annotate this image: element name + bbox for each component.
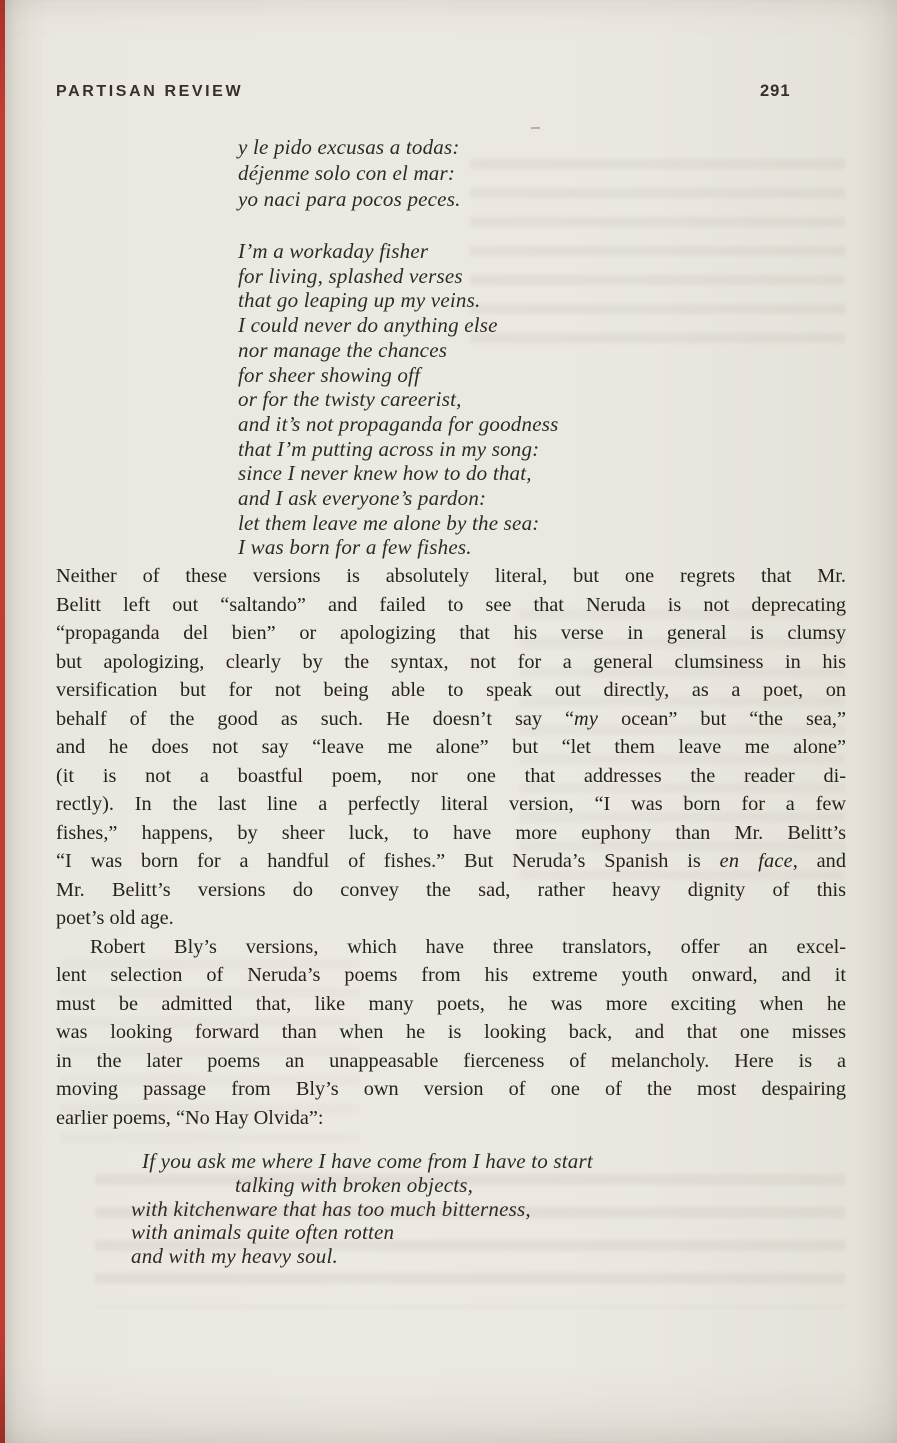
prose-line: and he does not say “leave me alone” but…: [56, 733, 846, 762]
poem-line: nor manage the chances: [238, 338, 558, 363]
scanned-page: PARTISAN REVIEW 291 y le pido excusas a …: [0, 0, 897, 1443]
prose-line: earlier poems, “No Hay Olvida”:: [56, 1104, 846, 1133]
poem-line: since I never knew how to do that,: [238, 461, 558, 486]
prose-line: rectly). In the last line a perfectly li…: [56, 790, 846, 819]
paragraph: Neither of these versions is absolutely …: [56, 562, 846, 933]
poem-line: If you ask me where I have come from I h…: [142, 1150, 593, 1174]
paragraph: Robert Bly’s versions, which have three …: [56, 933, 846, 1133]
running-head: PARTISAN REVIEW: [56, 83, 243, 101]
poem-line: yo naci para pocos peces.: [238, 186, 461, 212]
poem-line: and with my heavy soul.: [131, 1245, 593, 1269]
poem-line: and I ask everyone’s pardon:: [238, 486, 558, 511]
page-number: 291: [760, 82, 791, 101]
prose-line: lent selection of Neruda’s poems from hi…: [56, 961, 846, 990]
poem-line: déjenme solo con el mar:: [238, 160, 461, 186]
poem-line: y le pido excusas a todas:: [238, 134, 461, 160]
prose-line: in the later poems an unappeasable fierc…: [56, 1047, 846, 1076]
poem-no-hay-olvida-excerpt: If you ask me where I have come from I h…: [131, 1150, 593, 1269]
poem-line: or for the twisty careerist,: [238, 387, 558, 412]
prose-line: was looking forward than when he is look…: [56, 1018, 846, 1047]
prose-line: Robert Bly’s versions, which have three …: [56, 933, 846, 962]
poem-english-translation: I’m a workaday fisherfor living, splashe…: [238, 239, 558, 560]
scan-artifact-dash: [531, 127, 540, 129]
prose-line: versification but for not being able to …: [56, 676, 846, 705]
poem-line: talking with broken objects,: [235, 1174, 593, 1198]
poem-line: for living, splashed verses: [238, 264, 558, 289]
prose-line: moving passage from Bly’s own version of…: [56, 1075, 846, 1104]
prose-line: Mr. Belitt’s versions do convey the sad,…: [56, 876, 846, 905]
prose-line: Neither of these versions is absolutely …: [56, 562, 846, 591]
poem-line: I could never do anything else: [238, 313, 558, 338]
poem-line: I’m a workaday fisher: [238, 239, 558, 264]
prose-line: (it is not a boastful poem, nor one that…: [56, 762, 846, 791]
prose-line: but apologizing, clearly by the syntax, …: [56, 648, 846, 677]
poem-line: with kitchenware that has too much bitte…: [131, 1198, 593, 1222]
prose-line: “I was born for a handful of fishes.” Bu…: [56, 847, 846, 876]
body-text: Neither of these versions is absolutely …: [56, 562, 846, 1132]
prose-line: Belitt left out “saltando” and failed to…: [56, 591, 846, 620]
poem-spanish-excerpt: y le pido excusas a todas:déjenme solo c…: [238, 134, 461, 212]
poem-line: for sheer showing off: [238, 363, 558, 388]
poem-line: that I’m putting across in my song:: [238, 437, 558, 462]
poem-line: that go leaping up my veins.: [238, 288, 558, 313]
prose-line: poet’s old age.: [56, 904, 846, 933]
prose-line: behalf of the good as such. He doesn’t s…: [56, 705, 846, 734]
prose-line: fishes,” happens, by sheer luck, to have…: [56, 819, 846, 848]
poem-line: with animals quite often rotten: [131, 1221, 593, 1245]
poem-line: I was born for a few fishes.: [238, 535, 558, 560]
left-edge-red-strip: [0, 0, 5, 1443]
poem-line: and it’s not propaganda for goodness: [238, 412, 558, 437]
prose-line: “propaganda del bien” or apologizing tha…: [56, 619, 846, 648]
poem-line: let them leave me alone by the sea:: [238, 511, 558, 536]
prose-line: must be admitted that, like many poets, …: [56, 990, 846, 1019]
